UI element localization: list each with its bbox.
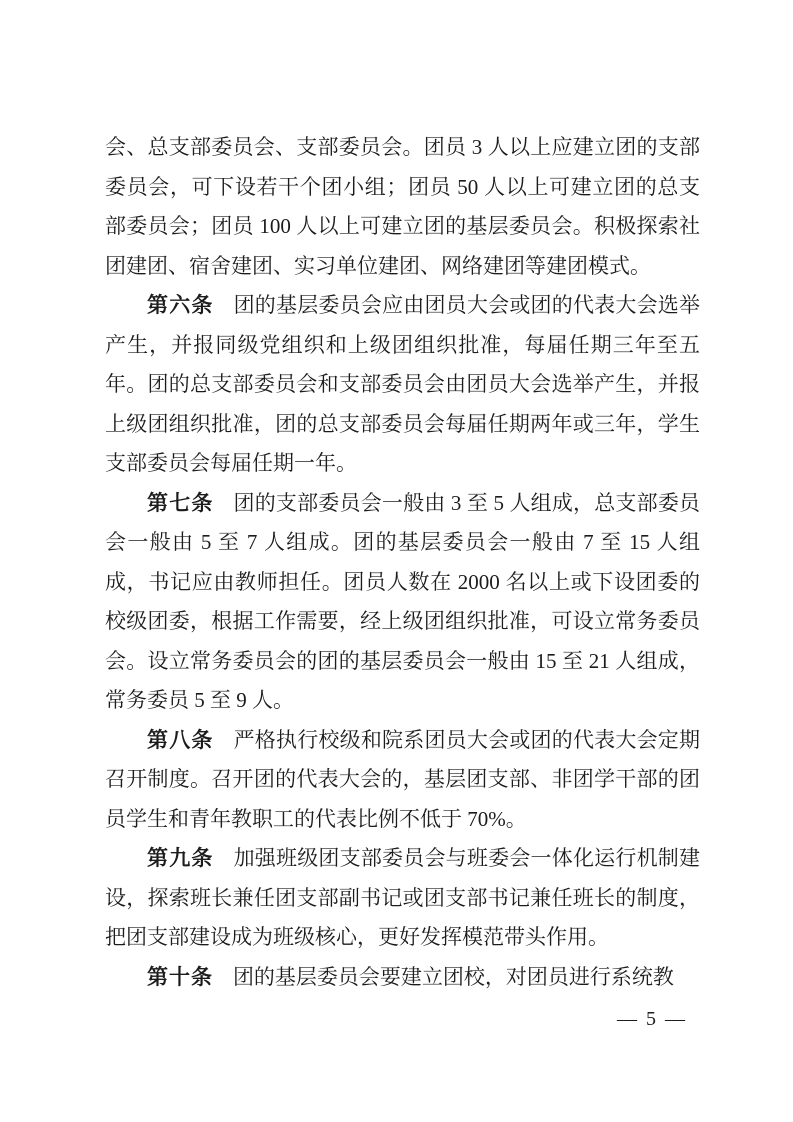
paragraph-article-7: 第七条团的支部委员会一般由 3 至 5 人组成，总支部委员会一般由 5 至 7 … <box>105 484 700 721</box>
paragraph-text: 会、总支部委员会、支部委员会。团员 3 人以上应建立团的支部委员会，可下设若干个… <box>105 135 700 278</box>
article-number: 第六条 <box>147 293 214 317</box>
paragraph-continuation: 会、总支部委员会、支部委员会。团员 3 人以上应建立团的支部委员会，可下设若干个… <box>105 128 700 286</box>
article-number: 第八条 <box>147 728 214 752</box>
paragraph-article-10: 第十条团的基层委员会要建立团校，对团员进行系统教 <box>105 958 700 998</box>
document-body: 会、总支部委员会、支部委员会。团员 3 人以上应建立团的支部委员会，可下设若干个… <box>105 128 700 997</box>
article-number: 第十条 <box>147 965 213 989</box>
document-page: 会、总支部委员会、支部委员会。团员 3 人以上应建立团的支部委员会，可下设若干个… <box>0 0 793 1122</box>
paragraph-article-6: 第六条团的基层委员会应由团员大会或团的代表大会选举产生，并报同级党组织和上级团组… <box>105 286 700 484</box>
paragraph-text: 团的支部委员会一般由 3 至 5 人组成，总支部委员会一般由 5 至 7 人组成… <box>105 491 700 713</box>
paragraph-article-8: 第八条严格执行校级和院系团员大会或团的代表大会定期召开制度。召开团的代表大会的，… <box>105 721 700 840</box>
paragraph-text: 团的基层委员会应由团员大会或团的代表大会选举产生，并报同级党组织和上级团组织批准… <box>105 293 700 475</box>
article-number: 第七条 <box>147 491 214 515</box>
paragraph-article-9: 第九条加强班级团支部委员会与班委会一体化运行机制建设，探索班长兼任团支部副书记或… <box>105 839 700 958</box>
paragraph-text: 团的基层委员会要建立团校，对团员进行系统教 <box>233 965 674 989</box>
article-number: 第九条 <box>147 846 214 870</box>
page-number: — 5 — <box>617 1006 687 1032</box>
